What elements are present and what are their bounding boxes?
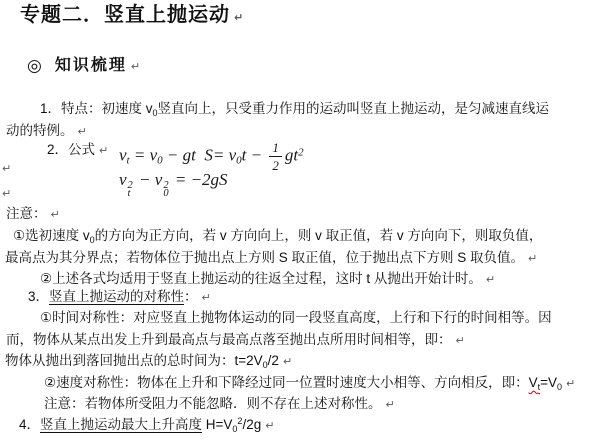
symmetry-heading-line: 3．竖直上抛运动的对称性：↵ xyxy=(28,288,211,307)
eq-sub-t: t xyxy=(128,190,131,198)
eq-gt2: gt xyxy=(285,145,298,164)
page-title: 专题二．竖直上抛运动↵ xyxy=(20,6,243,27)
pilcrow-mark: ↵ xyxy=(99,145,108,157)
feature-paragraph-line1: 1．特点：初速度 v0竖直向上，只受重力作用的运动叫竖直上抛运动，是匀减速直线运 xyxy=(40,100,549,118)
pilcrow-mark: ↵ xyxy=(528,253,537,265)
eq-equals2: = xyxy=(213,145,229,164)
eq-gt: gt xyxy=(183,145,196,164)
eq-equals: = xyxy=(130,145,150,164)
time-symmetry-text: ①时间对称性：对应竖直上抛物体运动的同一段竖直高度，上行和下行的时间相等。因 xyxy=(40,310,552,325)
note1-text: ①选初速度 v xyxy=(13,228,90,243)
note1-wrap-text: 最高点为其分界点；若物体位于抛出点上方则 S 取正值，位于抛出点下方则 S 取负… xyxy=(5,250,524,265)
section-heading-text: 知识梳理 xyxy=(55,57,127,74)
time-symmetry-wrap: 而，物体从某点出发上升到最高点与最高点落至抛出点所用时间相等，即： xyxy=(6,332,452,347)
note-label: 注意： xyxy=(6,206,47,221)
total-time-formula-end: /2 xyxy=(268,353,279,368)
note2-line: ②上述各式均适用于竖直上抛运动的往返全过程，这时 t 从抛出开始计时。↵ xyxy=(40,270,495,289)
vt-spellcheck-squiggle: Vt xyxy=(529,375,541,390)
speed-symmetry-text: ②速度对称性：物体在上升和下降经过同一位置时速度大小相等、方向相反，即： xyxy=(44,375,529,390)
eq-sup-2: 2 xyxy=(298,146,304,158)
note1-text-cont: 的方向为正方向，若 v 方向向上，则 v 取正值，若 v 方向向下，则取负值， xyxy=(95,228,543,243)
pilcrow-mark: ↵ xyxy=(131,61,140,73)
stacked-supsub-t: 2t xyxy=(128,182,133,198)
pilcrow-mark: ↵ xyxy=(265,420,274,432)
pilcrow-mark: ↵ xyxy=(566,378,575,390)
stacked-supsub-0: 20 xyxy=(163,182,168,198)
pilcrow-mark: ↵ xyxy=(2,188,11,200)
bullseye-icon: ◎ xyxy=(27,56,42,75)
pilcrow-mark: ↵ xyxy=(283,356,292,368)
feature-text: 1．特点：初速度 v xyxy=(40,101,153,116)
equals-v: =V xyxy=(540,375,557,390)
page-title-text: 专题二．竖直上抛运动 xyxy=(20,4,230,26)
pilcrow-mark: ↵ xyxy=(78,126,87,138)
vt-base: V xyxy=(529,375,538,390)
max-height-formula: H=V xyxy=(202,417,232,432)
pilcrow-mark: ↵ xyxy=(456,335,465,347)
section-heading: ◎知识梳理↵ xyxy=(27,57,140,76)
pilcrow-mark: ↵ xyxy=(51,209,60,221)
eq-S: S xyxy=(196,145,213,164)
time-symmetry-line1: ①时间对称性：对应竖直上抛物体运动的同一段竖直高度，上行和下行的时间相等。因 xyxy=(40,309,552,327)
formula-label-line: 2．公式↵ xyxy=(47,141,108,160)
fraction-numerator: 1 xyxy=(269,141,282,157)
note-label-line: 注意：↵ xyxy=(6,205,60,224)
eq-rhs: −2gS xyxy=(191,170,228,189)
note1-line1: ①选初速度 v0的方向为正方向，若 v 方向向上，则 v 取正值，若 v 方向向… xyxy=(13,227,542,245)
eq-minus: − xyxy=(163,145,183,164)
item3-number: 3． xyxy=(28,289,49,304)
speed-symmetry-note-line: 注意：若物体所受阻力不能忽略．则不存在上述对称性。↵ xyxy=(44,395,395,414)
speed-symmetry-line: ②速度对称性：物体在上升和下降经过同一位置时速度大小相等、方向相反，即：Vt=V… xyxy=(44,374,575,393)
equation-line-2: v2t − v20 = −2gS xyxy=(119,170,304,197)
total-time-text: 物体从抛出到落回抛出点的总时间为：t=2V xyxy=(5,353,263,368)
fraction-denominator: 2 xyxy=(272,157,279,172)
eq-v0: v xyxy=(155,170,163,189)
pilcrow-mark: ↵ xyxy=(386,399,395,411)
time-symmetry-line2: 而，物体从某点出发上升到最高点与最高点落至抛出点所用时间相等，即：↵ xyxy=(6,331,465,350)
equation-line-1: vt = v0 − gt S= v0t − 12gt2 xyxy=(119,141,304,168)
note1-line2: 最高点为其分界点；若物体位于抛出点上方则 S 取正值，位于抛出点下方则 S 取负… xyxy=(5,249,537,268)
feature-text-cont: 竖直向上，只受重力作用的运动叫竖直上抛运动，是匀减速直线运 xyxy=(158,101,550,116)
eq-equals: = xyxy=(171,170,191,189)
v0-subscript: 0 xyxy=(557,382,562,392)
document-page: 专题二．竖直上抛运动↵ ◎知识梳理↵ 1．特点：初速度 v0竖直向上，只受重力作… xyxy=(0,0,599,443)
empty-paragraph-mark: ↵ xyxy=(2,159,11,178)
item3-colon: ： xyxy=(184,289,198,304)
eq-minus2: − xyxy=(246,145,266,164)
eq-v0: v xyxy=(150,145,158,164)
pilcrow-mark: ↵ xyxy=(486,274,495,286)
total-time-line: 物体从抛出到落回抛出点的总时间为：t=2V0/2↵ xyxy=(5,352,292,371)
empty-paragraph-mark: ↵ xyxy=(2,184,11,203)
pilcrow-mark: ↵ xyxy=(2,163,11,175)
fraction-one-half: 12 xyxy=(269,141,282,172)
feature-wrap-text: 动的特例。 xyxy=(6,123,74,138)
eq-v: v xyxy=(119,170,127,189)
max-height-formula-end: /2g xyxy=(242,417,261,432)
pilcrow-mark: ↵ xyxy=(202,292,211,304)
item3-underlined-title: 竖直上抛运动的对称性 xyxy=(49,289,184,305)
eq-minus: − xyxy=(135,170,155,189)
formula-label: 2．公式 xyxy=(47,142,95,157)
pilcrow-mark: ↵ xyxy=(234,12,243,24)
feature-paragraph-line2: 动的特例。↵ xyxy=(6,122,87,141)
max-height-line: 4．竖直上抛运动最大上升高度 H=V02/2g↵ xyxy=(19,416,274,435)
note2-text: ②上述各式均适用于竖直上抛运动的往返全过程，这时 t 从抛出开始计时。 xyxy=(40,271,482,286)
eq-sub-0: 0 xyxy=(163,190,168,198)
eq-v0b: v xyxy=(229,145,237,164)
item4-underlined-title: 竖直上抛运动最大上升高度 xyxy=(40,417,202,433)
item4-number: 4． xyxy=(19,417,40,432)
speed-symmetry-note: 注意：若物体所受阻力不能忽略．则不存在上述对称性。 xyxy=(44,396,382,411)
eq-v: v xyxy=(119,145,127,164)
equation-block: vt = v0 − gt S= v0t − 12gt2 v2t − v20 = … xyxy=(119,141,304,197)
